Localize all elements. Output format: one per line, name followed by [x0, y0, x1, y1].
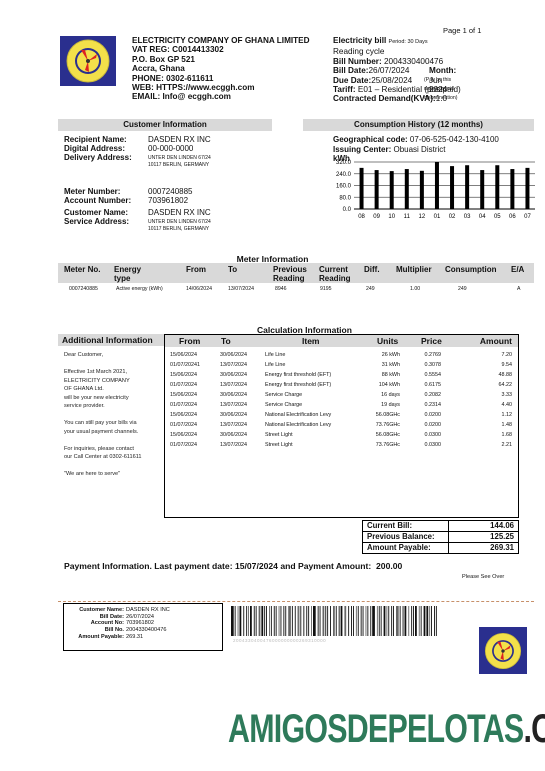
- phone: PHONE: 0302-611611: [132, 74, 310, 83]
- col-to: To: [228, 265, 237, 274]
- recipient-label: Recipient Name:: [64, 135, 148, 144]
- slip-row: Amount Payable:269.31: [64, 634, 222, 641]
- due-note: (Pay by this date to avoid disconnection…: [424, 76, 461, 104]
- to-cell: 30/06/2024: [220, 372, 247, 378]
- account-fields: Meter Number:0007240885 Account Number:7…: [64, 187, 211, 232]
- amount-cell: 7.20: [502, 352, 513, 358]
- units-cell: 88 kWh: [382, 372, 400, 378]
- units-cell: 26 kWh: [382, 352, 400, 358]
- slip-value: DASDEN RX INC: [126, 607, 170, 614]
- additional-info-line: OF GHANA Ltd.: [64, 385, 164, 394]
- page-indicator: Page 1 of 1: [443, 26, 481, 35]
- units-cell: 73.76GHc: [376, 442, 400, 448]
- total-label: Current Bill:: [367, 521, 412, 530]
- units-cell: 31 kWh: [382, 362, 400, 368]
- from-cell: 01/07/2024: [170, 422, 197, 428]
- calc-col-price: Price: [421, 336, 442, 346]
- to-value: 13/07/2024: [228, 286, 254, 292]
- total-label: Previous Balance:: [367, 532, 435, 541]
- svg-text:320.0: 320.0: [336, 160, 352, 166]
- see-over-note: Please See Over: [462, 574, 504, 580]
- from-cell: 15/06/2024: [170, 372, 197, 378]
- customer-info-header: Customer Information: [58, 119, 272, 131]
- calculation-row: 15/06/202430/06/2024Service Charge16 day…: [165, 391, 518, 401]
- meter-number: 0007240885: [148, 187, 193, 196]
- calculation-row: 15/06/202430/06/2024National Electrifica…: [165, 411, 518, 421]
- customer-fields: Recipient Name:DASDEN RX INC Digital Add…: [64, 135, 211, 168]
- price-cell: 0.0200: [425, 412, 442, 418]
- additional-info-line: You can still pay your bills via: [64, 419, 164, 428]
- meter-no-value: 0007240885: [69, 286, 98, 292]
- item-cell: Street Light: [265, 432, 293, 438]
- from-cell: 01/07/20241: [170, 362, 200, 368]
- additional-info-line: [64, 462, 164, 471]
- price-cell: 0.0200: [425, 422, 442, 428]
- due-date-label: Due Date:: [333, 76, 371, 85]
- city: Accra, Ghana: [132, 64, 310, 73]
- from-cell: 01/07/2024: [170, 402, 197, 408]
- consumption-history-header: Consumption History (12 months): [303, 119, 534, 131]
- svg-text:0.0: 0.0: [343, 207, 352, 213]
- price-cell: 0.0300: [425, 432, 442, 438]
- from-cell: 01/07/2024: [170, 382, 197, 388]
- customer-name-label: Customer Name:: [64, 208, 148, 217]
- ecg-logo-small-icon: [479, 627, 527, 674]
- additional-info-header: Additional Information: [58, 334, 164, 346]
- tear-line: [58, 601, 534, 602]
- amount-cell: 3.33: [502, 392, 513, 398]
- slip-label: Bill Date:: [64, 614, 126, 621]
- amount-cell: 4.40: [502, 402, 513, 408]
- total-value: 144.06: [490, 521, 514, 530]
- from-value: 14/06/2024: [186, 286, 212, 292]
- col-previous-reading: Previous Reading: [273, 265, 317, 283]
- digital-address: 00-000-0000: [148, 144, 193, 153]
- additional-info-line: will be your new electricity: [64, 394, 164, 403]
- vat-reg: VAT REG: C0014413302: [132, 45, 310, 54]
- po-box: P.O. Box GP 521: [132, 55, 310, 64]
- additional-info-line: [64, 411, 164, 420]
- svg-text:01: 01: [434, 214, 441, 220]
- slip-label: Account No:: [64, 620, 126, 627]
- svg-text:80.0: 80.0: [339, 195, 351, 201]
- svg-text:03: 03: [464, 214, 471, 220]
- watermark: AMIGOSDEPELOTAS.COM: [228, 707, 545, 752]
- total-value: 125.25: [490, 532, 514, 541]
- recipient-name: DASDEN RX INC: [148, 135, 211, 144]
- price-cell: 0.6175: [425, 382, 442, 388]
- col-consumption: Consumption: [445, 265, 497, 274]
- additional-info-line: "We are here to serve": [64, 470, 164, 479]
- slip-label: Amount Payable:: [64, 634, 126, 641]
- item-cell: Service Charge: [265, 402, 302, 408]
- month-label: Month:: [429, 66, 456, 75]
- units-cell: 56.08GHc: [376, 412, 400, 418]
- previous-reading-value: 8946: [275, 286, 287, 292]
- amount-cell: 48.88: [499, 372, 513, 378]
- additional-info-line: Effective 1st March 2021,: [64, 368, 164, 377]
- reading-cycle: Reading cycle: [333, 47, 461, 56]
- additional-info-line: For inquiries, please contact: [64, 445, 164, 454]
- col-diff: Diff.: [364, 265, 380, 274]
- payment-amount: 200.00: [376, 561, 402, 571]
- payment-info-text: Payment Information. Last payment date: …: [64, 561, 371, 571]
- slip-value: 2004330400476: [126, 627, 166, 634]
- svg-text:02: 02: [449, 214, 456, 220]
- amount-cell: 1.48: [502, 422, 513, 428]
- calculation-header: From To Item Units Price Amount: [165, 335, 518, 347]
- calculation-row: 15/06/202430/06/2024Street Light56.08GHc…: [165, 431, 518, 441]
- website: WEB: HTTPS://www.ecggh.com: [132, 83, 310, 92]
- amount-cell: 2.21: [502, 442, 513, 448]
- slip-value: 269.31: [126, 634, 143, 641]
- item-cell: Street Light: [265, 442, 293, 448]
- additional-info-line: service provider.: [64, 402, 164, 411]
- service-address-label: Service Address:: [64, 217, 148, 232]
- geo-code-label: Geographical code:: [333, 135, 408, 144]
- additional-info-line: ELECTRICITY COMPANY: [64, 377, 164, 386]
- amount-cell: 1.68: [502, 432, 513, 438]
- barcode-icon: [231, 606, 438, 636]
- issuing-center: Obuasi District: [393, 145, 445, 154]
- from-cell: 15/06/2024: [170, 412, 197, 418]
- bill-totals: Current Bill:144.06Previous Balance:125.…: [362, 520, 519, 554]
- svg-text:11: 11: [404, 214, 411, 220]
- slip-value: 703961802: [126, 620, 154, 627]
- to-cell: 13/07/2024: [220, 362, 247, 368]
- to-cell: 13/07/2024: [220, 382, 247, 388]
- price-cell: 0.0300: [425, 442, 442, 448]
- price-cell: 0.3078: [425, 362, 442, 368]
- to-cell: 13/07/2024: [220, 442, 247, 448]
- svg-text:12: 12: [419, 214, 426, 220]
- calc-col-to: To: [221, 336, 231, 346]
- bill-date-label: Bill Date:: [333, 66, 369, 75]
- price-cell: 0.2314: [425, 402, 442, 408]
- price-cell: 0.5554: [425, 372, 442, 378]
- svg-text:07: 07: [524, 214, 531, 220]
- customer-name: DASDEN RX INC: [148, 208, 211, 217]
- calculation-row: 15/06/202430/06/2024Energy first thresho…: [165, 371, 518, 381]
- item-cell: Service Charge: [265, 392, 302, 398]
- svg-text:08: 08: [358, 214, 365, 220]
- col-from: From: [186, 265, 206, 274]
- amount-cell: 1.12: [502, 412, 513, 418]
- calc-col-amount: Amount: [480, 336, 512, 346]
- svg-text:04: 04: [479, 214, 486, 220]
- consumption-value: 249: [458, 286, 467, 292]
- calculation-row: 01/07/202413/07/2024Street Light73.76GHc…: [165, 441, 518, 451]
- additional-info-line: [64, 360, 164, 369]
- svg-text:06: 06: [509, 214, 516, 220]
- slip-label: Customer Name:: [64, 607, 126, 614]
- slip-row: Customer Name:DASDEN RX INC: [64, 607, 222, 614]
- demand-label: Contracted Demand(KVA):: [333, 94, 436, 103]
- units-cell: 16 days: [381, 392, 400, 398]
- meter-number-label: Meter Number:: [64, 187, 148, 196]
- ea-value: A: [517, 286, 520, 292]
- delivery-address-label: Delivery Address:: [64, 153, 148, 168]
- price-cell: 0.2082: [425, 392, 442, 398]
- meter-info-header: Meter No. Energy type From To Previous R…: [58, 263, 534, 283]
- from-cell: 15/06/2024: [170, 352, 197, 358]
- bill-date: 26/07/2024: [369, 66, 410, 75]
- email: EMAIL: Info@ ecggh.com: [132, 92, 310, 101]
- item-cell: Life Line: [265, 352, 285, 358]
- from-cell: 15/06/2024: [170, 392, 197, 398]
- units-cell: 73.76GHc: [376, 422, 400, 428]
- amount-cell: 64.22: [499, 382, 513, 388]
- svg-text:160.0: 160.0: [336, 184, 352, 190]
- slip-label: Bill No.: [64, 627, 126, 634]
- bill-title: Electricity bill: [333, 36, 386, 45]
- total-row: Current Bill:144.06: [363, 521, 518, 532]
- item-cell: Life Line: [265, 362, 285, 368]
- calculation-row: 01/07/202413/07/2024Service Charge19 day…: [165, 401, 518, 411]
- account-number: 703961802: [148, 196, 188, 205]
- item-cell: National Electrification Levy: [265, 412, 331, 418]
- delivery-address-line1: UNTER DEN LINDEN 67/24: [148, 155, 211, 162]
- watermark-main: AMIGOSDEPELOTAS: [228, 707, 523, 751]
- total-label: Amount Payable:: [367, 543, 431, 552]
- calc-col-item: Item: [302, 336, 319, 346]
- to-cell: 30/06/2024: [220, 352, 247, 358]
- units-cell: 19 days: [381, 402, 400, 408]
- additional-info-text: Dear Customer,Effective 1st March 2021,E…: [64, 351, 164, 479]
- company-info: ELECTRICITY COMPANY OF GHANA LIMITED VAT…: [132, 36, 310, 102]
- geo-code: 07-06-525-042-130-4100: [410, 135, 499, 144]
- item-cell: National Electrification Levy: [265, 422, 331, 428]
- watermark-suffix: .COM: [523, 707, 545, 751]
- to-cell: 13/07/2024: [220, 422, 247, 428]
- svg-text:09: 09: [373, 214, 380, 220]
- multiplier-value: 1.00: [410, 286, 420, 292]
- calculation-row: 01/07/202413/07/2024Energy first thresho…: [165, 381, 518, 391]
- calculation-table: From To Item Units Price Amount 15/06/20…: [164, 334, 519, 518]
- svg-text:10: 10: [388, 214, 395, 220]
- energy-type-value: Active energy (kWh): [116, 286, 163, 292]
- ecg-logo-icon: [60, 36, 116, 86]
- slip-row: Bill Date:26/07/2024: [64, 614, 222, 621]
- slip-row: Bill No.2004330400476: [64, 627, 222, 634]
- total-row: Amount Payable:269.31: [363, 543, 518, 553]
- col-meter-no: Meter No.: [64, 265, 100, 274]
- col-current-reading: Current Reading: [319, 265, 363, 283]
- bill-header: Electricity bill Period: 30 Days Reading…: [333, 36, 461, 104]
- units-cell: 104 kWh: [379, 382, 400, 388]
- diff-value: 249: [366, 286, 375, 292]
- item-cell: Energy first threshold (EFT): [265, 372, 331, 378]
- amount-cell: 9.54: [502, 362, 513, 368]
- calc-col-from: From: [179, 336, 200, 346]
- due-date: 25/08/2024: [371, 76, 412, 85]
- calculation-row: 15/06/202430/06/2024Life Line26 kWh0.276…: [165, 351, 518, 361]
- account-number-label: Account Number:: [64, 196, 148, 205]
- additional-info-line: Dear Customer,: [64, 351, 164, 360]
- bill-period: Period: 30 Days: [389, 39, 428, 45]
- barcode-number: 2004330400476000000000269310000: [233, 638, 326, 643]
- company-name: ELECTRICITY COMPANY OF GHANA LIMITED: [132, 36, 310, 45]
- to-cell: 30/06/2024: [220, 392, 247, 398]
- current-reading-value: 9195: [320, 286, 332, 292]
- slip-row: Account No:703961802: [64, 620, 222, 627]
- calculation-row: 01/07/202413/07/2024National Electrifica…: [165, 421, 518, 431]
- total-value: 269.31: [490, 543, 514, 552]
- price-cell: 0.2769: [425, 352, 442, 358]
- total-row: Previous Balance:125.25: [363, 532, 518, 543]
- bill-number: 2004330400476: [384, 57, 443, 66]
- svg-text:240.0: 240.0: [336, 172, 352, 178]
- service-address-line1: UNTER DEN LINDEN 67/24: [148, 219, 211, 226]
- from-cell: 01/07/2024: [170, 442, 197, 448]
- delivery-address-line2: 10117 BERLIN, GERMANY: [148, 162, 211, 169]
- col-ea: E/A: [511, 265, 524, 274]
- svg-text:05: 05: [494, 214, 501, 220]
- to-cell: 30/06/2024: [220, 432, 247, 438]
- payment-info: Payment Information. Last payment date: …: [64, 561, 402, 571]
- consumption-chart: 0.080.0160.0240.0320.0080910111201020304…: [330, 158, 540, 220]
- tariff-label: Tariff:: [333, 85, 356, 94]
- item-cell: Energy first threshold (EFT): [265, 382, 331, 388]
- calculation-row: 01/07/2024113/07/2024Life Line31 kWh0.30…: [165, 361, 518, 371]
- additional-info-line: your usual payment channels.: [64, 428, 164, 437]
- units-cell: 56.08GHc: [376, 432, 400, 438]
- col-energy-type: Energy type: [114, 265, 154, 283]
- additional-info-line: our Call Center at 0302-611611: [64, 453, 164, 462]
- from-cell: 15/06/2024: [170, 432, 197, 438]
- slip-value: 26/07/2024: [126, 614, 154, 621]
- digital-address-label: Digital Address:: [64, 144, 148, 153]
- calc-col-units: Units: [377, 336, 398, 346]
- to-cell: 13/07/2024: [220, 402, 247, 408]
- bill-number-label: Bill Number:: [333, 57, 382, 66]
- issuing-center-label: Issuing Center:: [333, 145, 391, 154]
- payment-slip: Customer Name:DASDEN RX INCBill Date:26/…: [63, 603, 223, 651]
- service-address-line2: 10117 BERLIN, GERMANY: [148, 226, 211, 233]
- to-cell: 30/06/2024: [220, 412, 247, 418]
- additional-info-line: [64, 436, 164, 445]
- col-multiplier: Multiplier: [396, 265, 432, 274]
